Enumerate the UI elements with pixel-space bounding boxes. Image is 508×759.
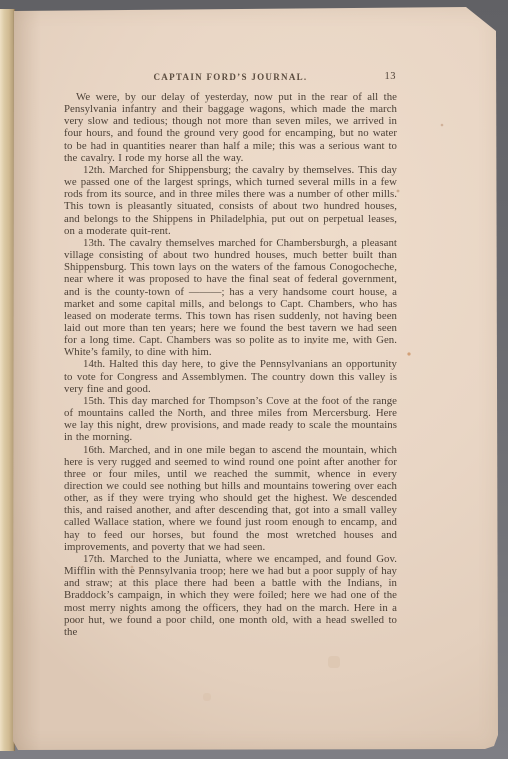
page-content: CAPTAIN FORD’S JOURNAL. 13 We were, by o…	[64, 72, 397, 638]
journal-paragraph: 14th. Halted this day here, to give the …	[64, 358, 397, 394]
running-header-title: CAPTAIN FORD’S JOURNAL.	[64, 72, 397, 82]
book-binding-edge	[0, 9, 15, 751]
paper-speckles	[11, 6, 13, 8]
journal-paragraph: 17th. Marched to the Juniatta, where we …	[64, 553, 397, 638]
page-number: 13	[385, 71, 397, 82]
scanned-book-page: CAPTAIN FORD’S JOURNAL. 13 We were, by o…	[11, 6, 499, 751]
page-header: CAPTAIN FORD’S JOURNAL. 13	[64, 72, 397, 85]
journal-paragraph: 12th. Marched for Shippensburg; the cava…	[64, 164, 397, 237]
journal-paragraph: We were, by our delay of yesterday, now …	[64, 91, 397, 164]
journal-body-text: We were, by our delay of yesterday, now …	[64, 91, 397, 638]
journal-paragraph: 13th. The cavalry themselves marched for…	[64, 237, 397, 359]
journal-paragraph: 15th. This day marched for Thompson’s Co…	[64, 395, 397, 444]
scanner-backdrop: CAPTAIN FORD’S JOURNAL. 13 We were, by o…	[0, 0, 508, 759]
journal-paragraph: 16th. Marched, and in one mile began to …	[64, 444, 397, 553]
